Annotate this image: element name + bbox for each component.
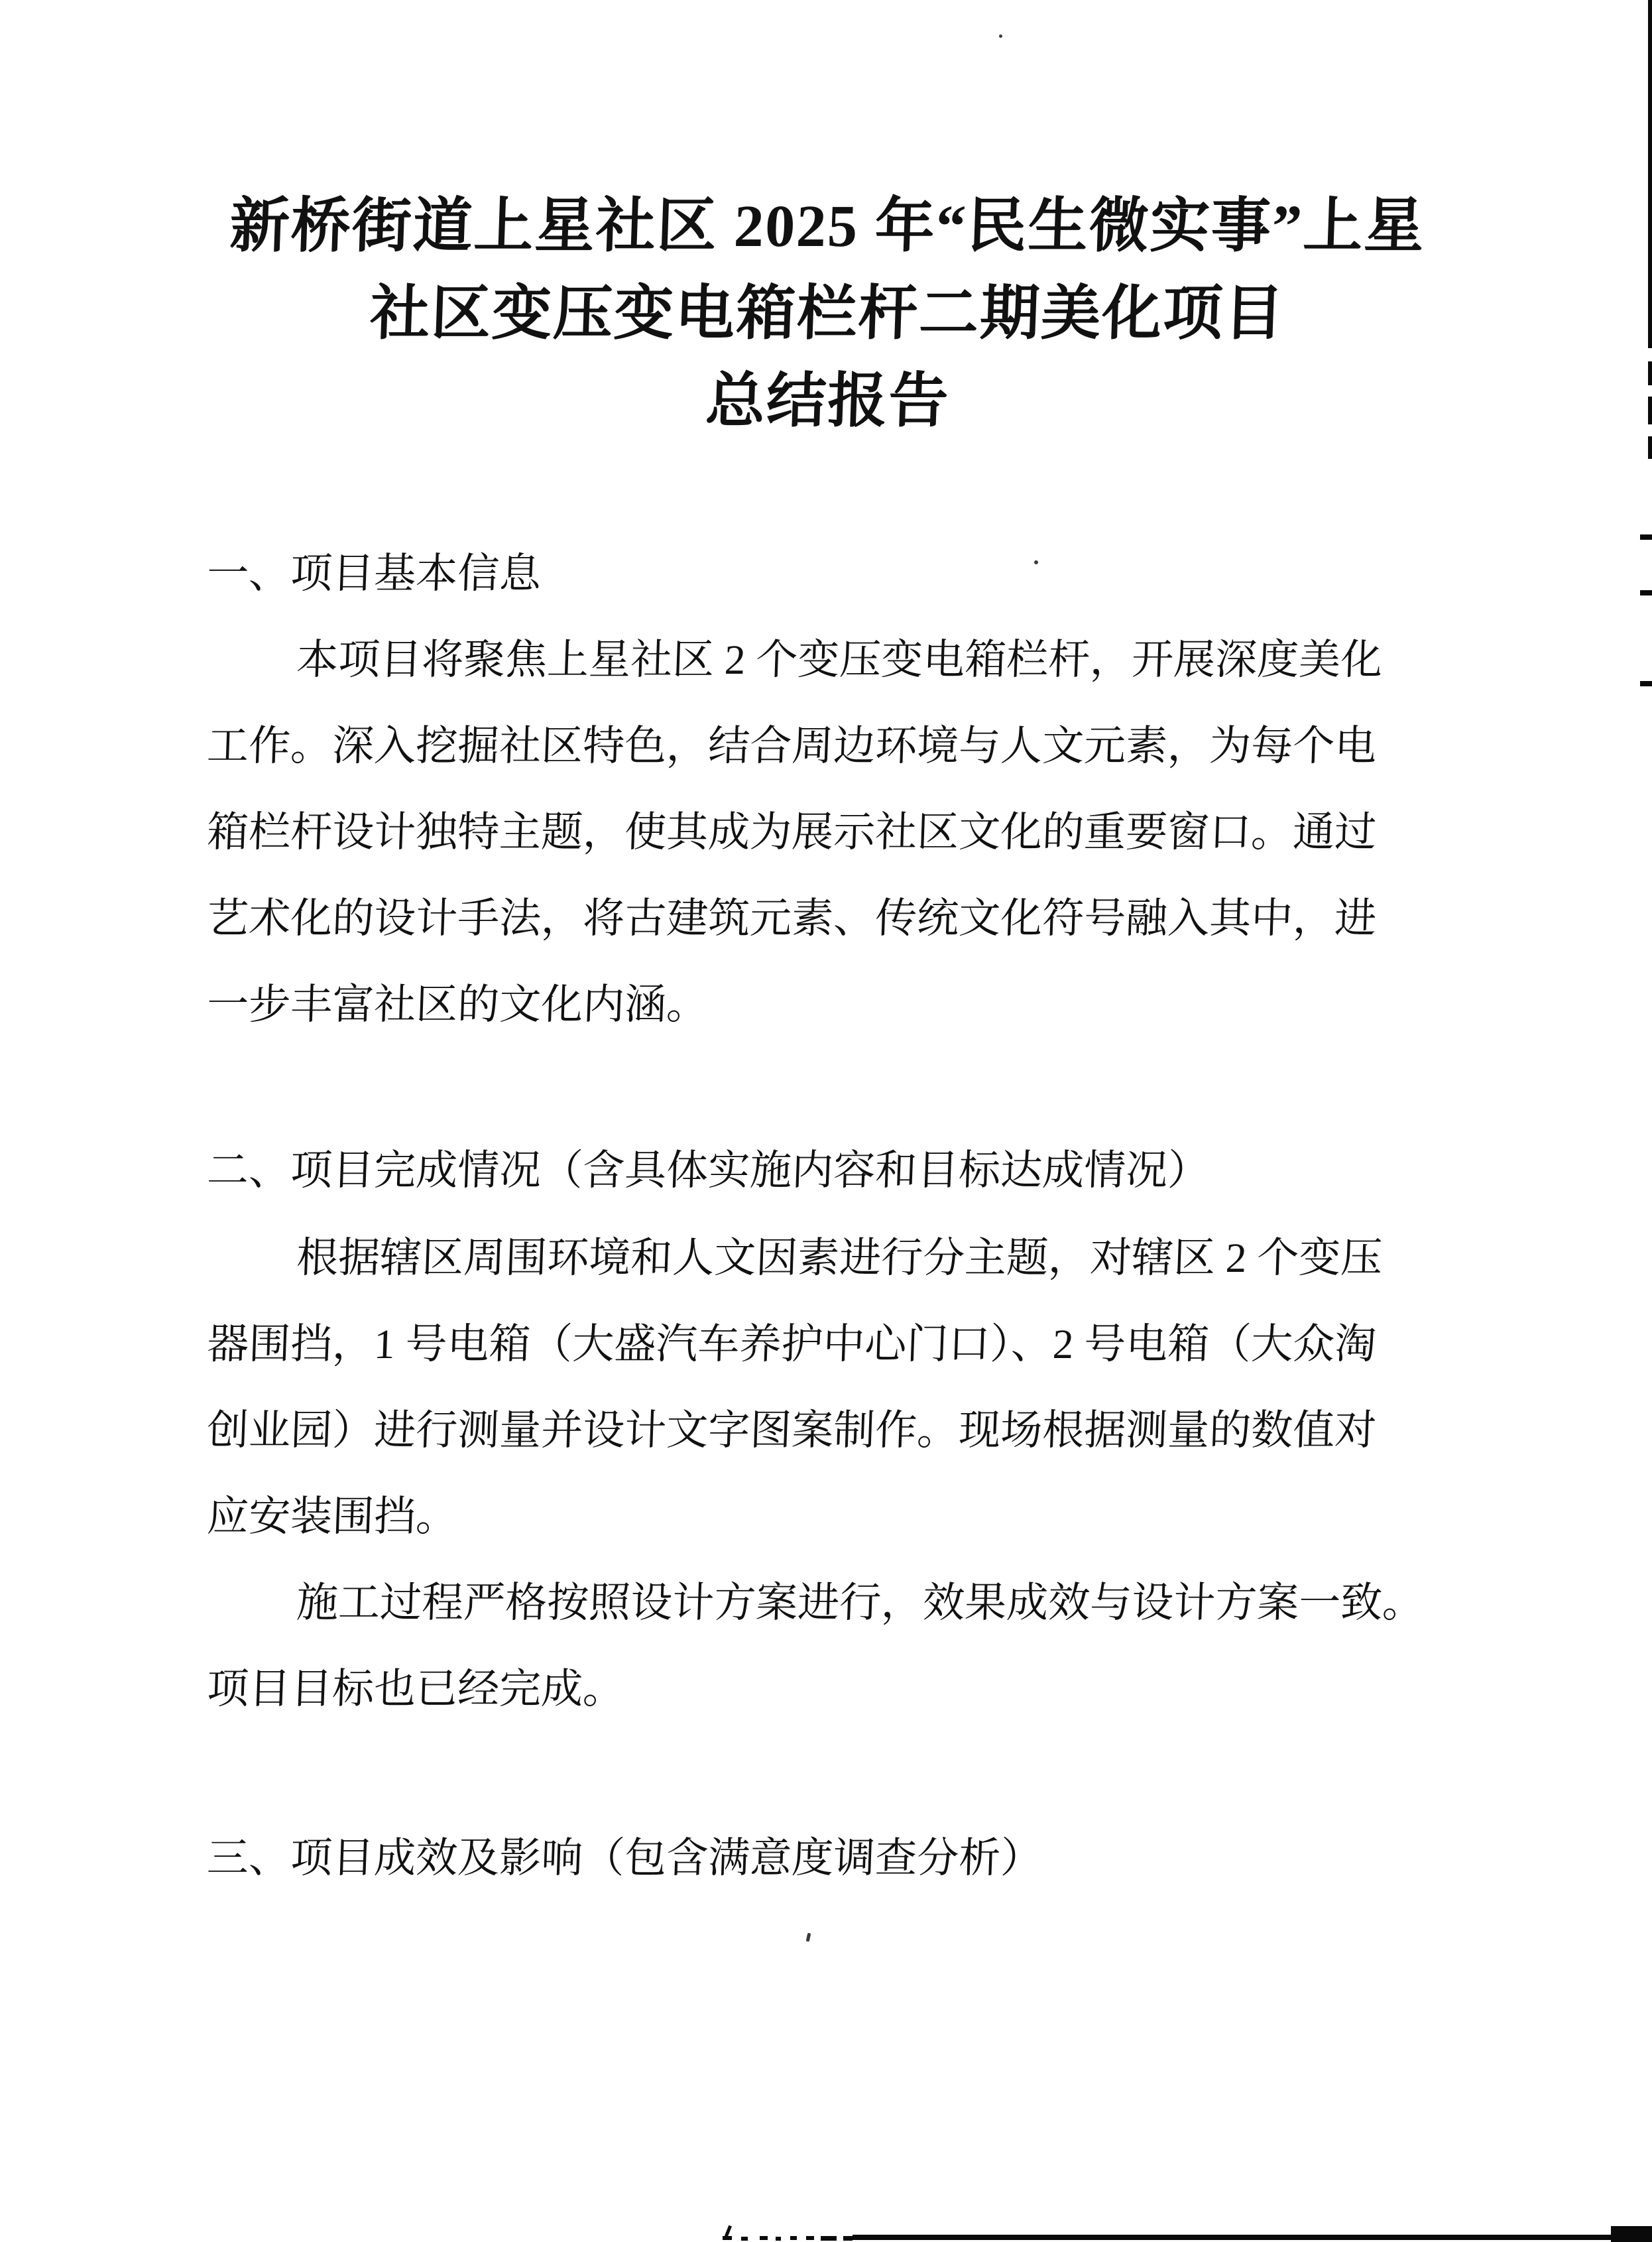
- section-2-heading: 二、项目完成情况（含具体实施内容和目标达成情况）: [206, 1127, 1478, 1214]
- section-1-heading: 一、项目基本信息: [206, 530, 1478, 617]
- heading-text: 二、项目完成情况（含具体实施内容和目标达成情况）: [206, 1127, 1482, 1214]
- section-3-heading: 三、项目成效及影响（包含满意度调查分析）: [206, 1815, 1478, 1901]
- scan-speck: [999, 34, 1002, 38]
- scan-artifact-right-edge-tick: [1640, 534, 1652, 540]
- text-line: 创业园）进行测量并设计文字图案制作。现场根据测量的数值对: [206, 1387, 1482, 1473]
- text-line: 本项目将聚焦上星社区 2 个变压变电箱栏杆，开展深度美化: [206, 617, 1482, 703]
- text-line: 应安装围挡。: [206, 1473, 1482, 1560]
- text-line: 艺术化的设计手法，将古建筑元素、传统文化符号融入其中，进: [206, 875, 1482, 962]
- scan-artifact-right-edge-dash: [1648, 436, 1652, 459]
- scan-speck: [1034, 560, 1038, 564]
- scan-artifact-bottom-dash: [723, 2236, 732, 2240]
- title-line-2: 社区变压变电箱栏杆二期美化项目: [0, 271, 1652, 358]
- heading-text: 三、项目成效及影响（包含满意度调查分析）: [206, 1815, 1482, 1901]
- scan-artifact-bottom-line: [853, 2235, 1611, 2240]
- text-line: 工作。深入挖掘社区特色，结合周边环境与人文元素，为每个电: [206, 703, 1482, 789]
- scan-artifact-bottom-tick: [725, 2225, 732, 2237]
- title-line-1: 新桥街道上星社区 2025 年“民生微实事”上星: [0, 183, 1652, 271]
- scan-artifact-right-edge-tick: [1640, 681, 1652, 686]
- scan-artifact-right-edge-line: [1648, 0, 1652, 348]
- scan-artifact-bottom-dash: [776, 2237, 781, 2241]
- scan-artifact-bottom-dash: [790, 2236, 797, 2240]
- section-1-paragraph-1: 本项目将聚焦上星社区 2 个变压变电箱栏杆，开展深度美化 工作。深入挖掘社区特色…: [206, 617, 1478, 1048]
- text-line: 施工过程严格按照设计方案进行，效果成效与设计方案一致。: [206, 1560, 1482, 1646]
- text-line: 箱栏杆设计独特主题，使其成为展示社区文化的重要窗口。通过: [206, 789, 1482, 875]
- scan-artifact-bottom-dash: [821, 2236, 837, 2241]
- heading-text: 一、项目基本信息: [206, 530, 1482, 617]
- scan-artifact-right-edge-tick: [1640, 590, 1652, 595]
- text-line: 一步丰富社区的文化内涵。: [206, 962, 1482, 1048]
- title-line-3: 总结报告: [0, 358, 1652, 446]
- section-2-paragraph-2: 施工过程严格按照设计方案进行，效果成效与设计方案一致。 项目目标也已经完成。: [206, 1560, 1478, 1732]
- scan-artifact-bottom-block: [1611, 2226, 1652, 2242]
- scan-artifact-right-edge-dash: [1648, 361, 1652, 385]
- scan-artifact-bottom-dash: [760, 2236, 768, 2240]
- scan-speck: [806, 1933, 811, 1942]
- section-2-paragraph-1: 根据辖区周围环境和人文因素进行分主题，对辖区 2 个变压 器围挡，1 号电箱（大…: [206, 1215, 1478, 1560]
- scan-artifact-bottom-dash: [843, 2236, 853, 2241]
- text-line: 根据辖区周围环境和人文因素进行分主题，对辖区 2 个变压: [206, 1215, 1482, 1301]
- scan-artifact-bottom-dash: [741, 2237, 748, 2241]
- scan-artifact-right-edge-dash: [1648, 397, 1652, 424]
- scan-artifact-bottom-dash: [806, 2236, 814, 2240]
- document-title: 新桥街道上星社区 2025 年“民生微实事”上星 社区变压变电箱栏杆二期美化项目…: [0, 183, 1652, 446]
- text-line: 项目目标也已经完成。: [206, 1646, 1482, 1732]
- scanned-document-page: 新桥街道上星社区 2025 年“民生微实事”上星 社区变压变电箱栏杆二期美化项目…: [0, 0, 1652, 2242]
- text-line: 器围挡，1 号电箱（大盛汽车养护中心门口）、2 号电箱（大众淘: [206, 1301, 1482, 1387]
